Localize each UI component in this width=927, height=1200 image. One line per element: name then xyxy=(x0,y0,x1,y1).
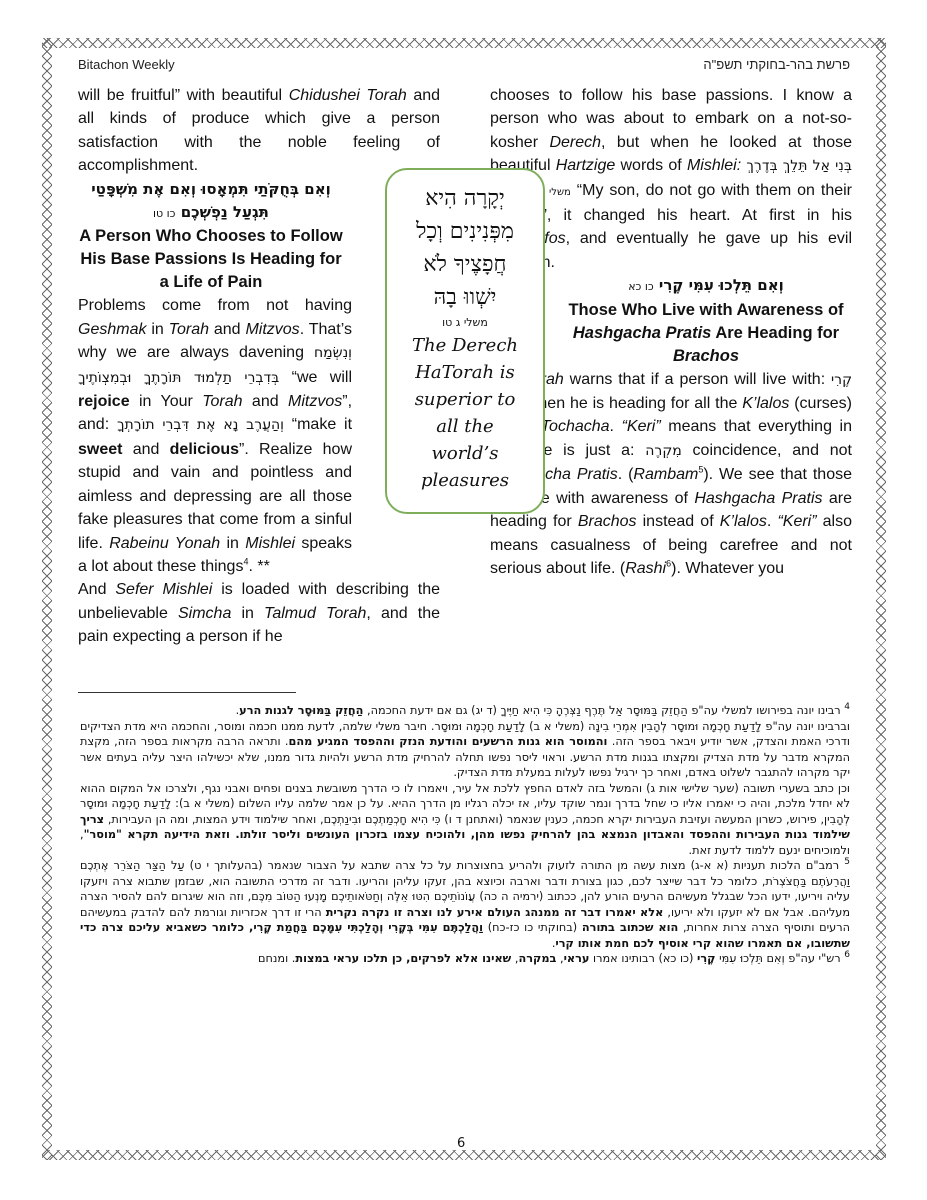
hebrew-verse-heading: וְאִם תֵּלְכוּ עִמִּי קֶרִי כו כא xyxy=(560,274,852,298)
footnote-5: 5 רמב"ם הלכות תעניות (א א-ג) מצות עשה מן… xyxy=(80,858,850,951)
quote-hebrew-line: מִפְּנִינִים וְכָל xyxy=(387,215,543,248)
paragraph: And Sefer Mishlei is loaded with describ… xyxy=(78,578,440,648)
footnote-separator xyxy=(78,692,296,693)
footnote-4: 4 רבינו יונה בפירושו למשלי עה"פ הַחֲזֵק … xyxy=(80,703,850,719)
pull-quote-box: יְקָרָה הִיא מִפְּנִינִים וְכָל חֲפָצֶיך… xyxy=(385,168,545,514)
quote-english-line: superior to xyxy=(387,386,543,413)
paragraph: Problems come from not having Geshmak in… xyxy=(78,294,352,578)
heading-block: וְאִם תֵּלְכוּ עִמִּי קֶרִי כו כא Those … xyxy=(560,274,852,367)
quote-english-line: The Derech xyxy=(387,332,543,359)
paragraph: will be fruitful” with beautiful Chidush… xyxy=(78,84,440,178)
heading-block: וְאִם בְּחֻקֹּתַי תִּמְאָסוּ וְאִם אֶת מ… xyxy=(78,178,344,295)
parsha-title: פרשת בהר-בחוקתי תשפ"ה xyxy=(703,57,850,72)
footnote-4-continued: וברבינו יונה עה"פ לָדַעַת חָכְמָה וּמוּס… xyxy=(80,719,850,781)
footnotes: 4 רבינו יונה בפירושו למשלי עה"פ הַחֲזֵק … xyxy=(80,703,850,967)
footnote-4-continued: וכן כתב בשערי תשובה (שער שלישי אות ג) וה… xyxy=(80,781,850,859)
page-header: Bitachon Weekly פרשת בהר-בחוקתי תשפ"ה xyxy=(78,57,850,77)
newsletter-title: Bitachon Weekly xyxy=(78,57,175,72)
quote-hebrew-line: יְקָרָה הִיא xyxy=(387,182,543,215)
quote-hebrew-line: חֲפָצֶיךָ לֹא xyxy=(387,248,543,281)
section-heading: Those Who Live with Awareness of Hashgac… xyxy=(560,299,852,368)
quote-english-line: all the xyxy=(387,413,543,440)
quote-english-line: pleasures xyxy=(387,467,543,494)
hebrew-verse-heading: וְאִם בְּחֻקֹּתַי תִּמְאָסוּ וְאִם אֶת מ… xyxy=(78,178,344,226)
quote-english-line: world’s xyxy=(387,440,543,467)
page-number: 6 xyxy=(457,1136,465,1151)
footnote-6: 6 רש"י עה"פ וְאִם תֵּלְכוּ עִמִּי קֶרִי … xyxy=(80,951,850,967)
quote-source: משלי ג טו xyxy=(387,314,543,332)
section-heading: A Person Who Chooses to Follow His Base … xyxy=(78,225,344,294)
quote-english-line: HaTorah is xyxy=(387,359,543,386)
quote-hebrew-line: יִשְׁווּ בָהּ xyxy=(387,281,543,314)
